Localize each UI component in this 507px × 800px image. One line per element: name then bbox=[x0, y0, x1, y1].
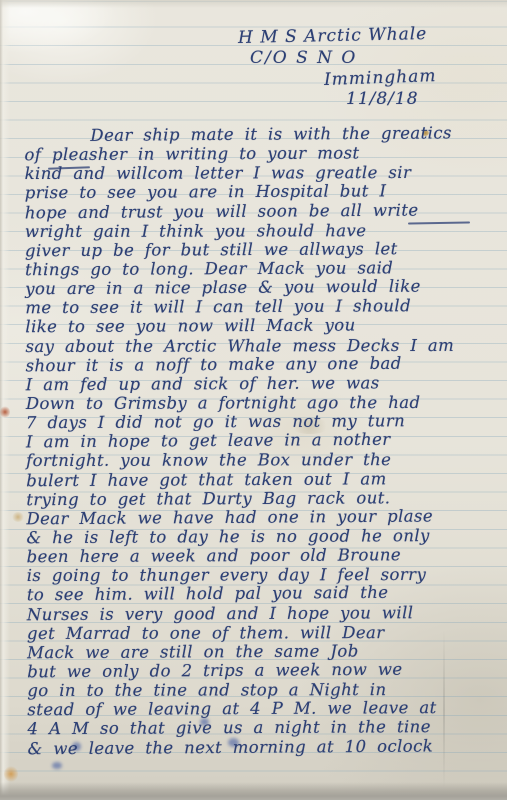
header-care-of: C/O S N O bbox=[250, 48, 357, 68]
handwritten-line: shour it is a noff to make any one bad bbox=[26, 353, 488, 375]
handwritten-line: prise to see you are in Hospital but I bbox=[25, 181, 487, 203]
handwritten-line: to see him. will hold pal you said the bbox=[27, 582, 489, 604]
letter-page: H M S Arctic Whale C/O S N O Immingham 1… bbox=[0, 0, 507, 800]
handwritten-line: Dear Mack we have had one in your plase bbox=[26, 506, 488, 528]
handwritten-line: like to see you now will Mack you bbox=[25, 315, 487, 337]
ink-blot bbox=[52, 762, 62, 769]
torn-left-edge bbox=[0, 0, 10, 800]
handwritten-line: get Marrad to one of them. will Dear bbox=[27, 622, 489, 642]
handwritten-line: fortnight. you know the Box under the bbox=[26, 450, 488, 470]
letter-body: Dear ship mate it is with the greaticsof… bbox=[24, 124, 489, 758]
header-place: Immingham bbox=[324, 66, 437, 90]
handwritten-line: Dear ship mate it is with the greatics bbox=[24, 123, 486, 145]
handwritten-line: stead of we leaving at 4 P M. we leave a… bbox=[27, 698, 489, 720]
handwritten-line: wright gain I think you should have bbox=[25, 221, 487, 241]
handwritten-line: kind and willcom letter I was greatle si… bbox=[25, 163, 487, 183]
handwritten-line: bulert I have got that taken out I am bbox=[26, 468, 488, 490]
handwritten-line: you are in a nice plase & you would like bbox=[25, 276, 487, 298]
handwritten-line: I am in hope to get leave in a nother bbox=[26, 429, 488, 451]
handwritten-line: I am fed up and sick of her. we was bbox=[26, 373, 488, 395]
handwritten-line: 4 A M so that give us a night in the tin… bbox=[27, 717, 489, 739]
handwritten-line: giver up be for but still we allways let bbox=[25, 239, 487, 261]
handwritten-line: been here a week and poor old Broune bbox=[27, 545, 489, 567]
handwritten-line: hope and trust you will soon be all writ… bbox=[25, 200, 487, 222]
torn-corner-highlight bbox=[0, 0, 150, 70]
bottom-edge-shadow bbox=[0, 782, 507, 800]
handwritten-line: Nurses is very good and I hope you will bbox=[27, 602, 489, 624]
handwritten-line: & we leave the next morning at 10 oclock bbox=[28, 736, 490, 758]
handwritten-line: but we only do 2 trips a week now we bbox=[27, 659, 489, 681]
handwritten-line: Down to Grimsby a fortnight ago the had bbox=[26, 393, 488, 413]
torn-top-edge bbox=[0, 0, 507, 8]
handwritten-line: go in to the tine and stop a Night in bbox=[27, 680, 489, 700]
header-date: 11/8/18 bbox=[346, 89, 419, 109]
handwritten-line: me to see it will I can tell you I shoul… bbox=[25, 296, 487, 318]
handwritten-line: & he is left to day he is no good he onl… bbox=[26, 526, 488, 548]
handwritten-line: of pleasher in writing to your most bbox=[24, 143, 486, 165]
tan-stain bbox=[12, 512, 24, 522]
header-ship-name: H M S Arctic Whale bbox=[238, 24, 428, 48]
